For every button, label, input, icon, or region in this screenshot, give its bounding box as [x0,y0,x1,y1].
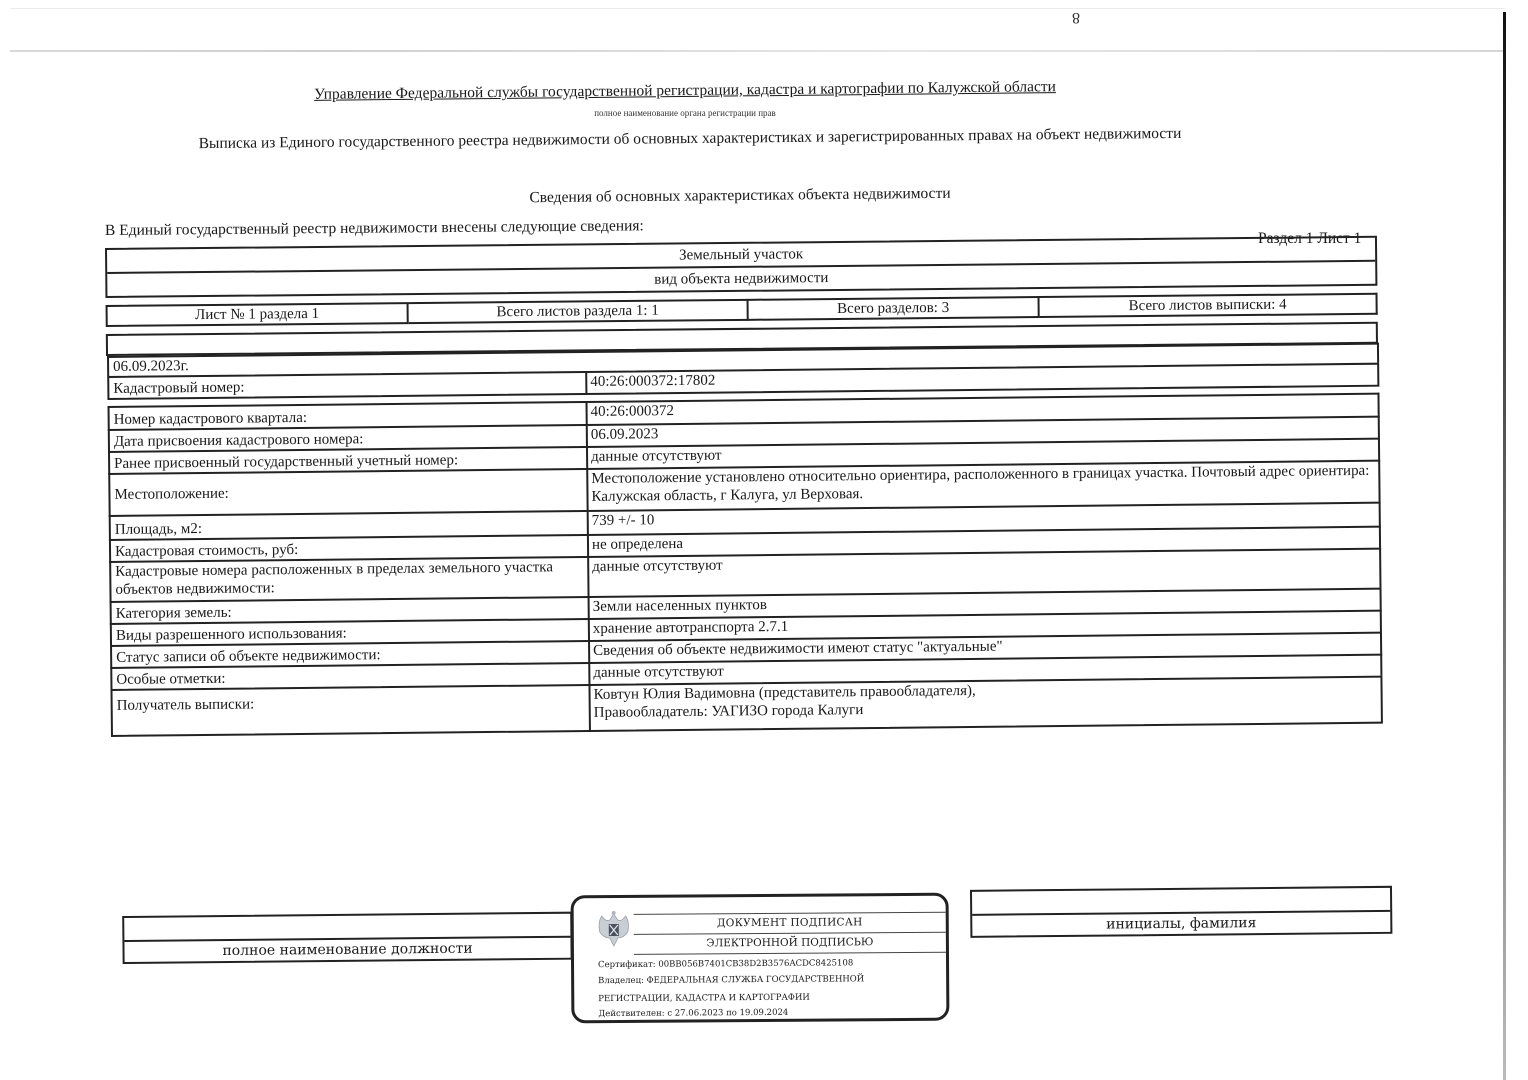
position-caption: полное наименование должности [124,940,570,960]
position-cell: полное наименование должности [122,912,572,964]
stamp-owner-line-1: Владелец: ФЕДЕРАЛЬНАЯ СЛУЖБА ГОСУДАРСТВЕ… [598,974,864,986]
stamp-owner-line-2: РЕГИСТРАЦИИ, КАДАСТРА И КАРТОГРАФИИ [598,993,810,1004]
field-label: Местоположение: [110,470,588,515]
scan-edge-right [1503,12,1506,1080]
total-sheets: Всего листов выписки: 4 [1040,293,1378,318]
stamp-line-1: ДОКУМЕНТ ПОДПИСАН [634,916,946,930]
field-value: Местоположение установлено относительно … [588,462,1378,510]
extract-title: Выписка из Единого государственного реес… [140,124,1240,154]
rosreestr-emblem-icon [594,908,634,952]
stamp-validity: Действителен: с 27.06.2023 по 19.09.2024 [598,1008,788,1019]
stamp-line-2: ЭЛЕКТРОННОЙ ПОДПИСЬЮ [634,936,946,950]
scan-edge-top [10,50,1505,52]
field-label: Кадастровые номера расположенных в преде… [111,558,589,601]
scan-edge-top-faint [10,8,1505,9]
sheet-number: Лист № 1 раздела 1 [106,302,409,327]
intro-text: В Единый государственный реестр недвижим… [105,217,644,240]
total-sections: Всего разделов: 3 [749,296,1040,321]
object-header-table: Земельный участок вид объекта недвижимос… [105,236,1378,356]
object-type-block: Земельный участок вид объекта недвижимос… [105,236,1377,298]
characteristics-table: 06.09.2023г. Кадастровый номер: 40:26:00… [107,343,1383,737]
section-title: Сведения об основных характеристиках объ… [480,184,1000,207]
page-number-mark: 8 [1072,8,1080,26]
registration-authority-name: Управление Федеральной службы государств… [0,75,1370,107]
name-cell: инициалы, фамилия [970,886,1392,938]
field-label: Получатель выписки: [113,686,591,735]
sheet-info-row: Лист № 1 раздела 1 Всего листов раздела … [106,293,1378,327]
field-label: Кадастровый номер: [109,373,587,398]
sheets-in-section: Всего листов раздела 1: 1 [409,299,749,324]
stamp-certificate: Сертификат: 00BB056B7401CB38D2B3576ACDC8… [598,958,853,970]
extract-date: 06.09.2023г. [109,357,193,376]
electronic-signature-stamp: ДОКУМЕНТ ПОДПИСАН ЭЛЕКТРОННОЙ ПОДПИСЬЮ С… [571,893,950,1024]
field-value: Ковтун Юлия Вадимовна (представитель пра… [590,681,1030,730]
registration-authority-caption: полное наименование органа регистрации п… [0,108,1370,118]
name-caption: инициалы, фамилия [972,914,1390,934]
